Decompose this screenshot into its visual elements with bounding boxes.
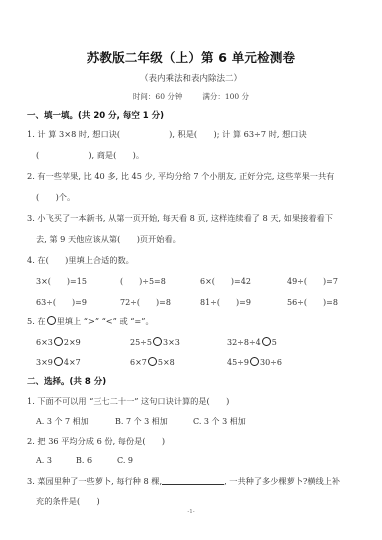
choice-q3-line2: 充的条件是( ): [36, 496, 100, 507]
right-expr: 3×3: [163, 338, 180, 347]
q4-cell: 3×( )=15: [36, 276, 87, 287]
left-expr: 45÷9: [227, 358, 249, 367]
choice-q3-line1: 3. 菜园里种了一些萝卜, 每行种 8 棵,, 一共种了多少棵萝卜?横线上补: [27, 476, 340, 487]
circle-icon: [47, 316, 56, 325]
right-expr: 5: [272, 338, 277, 347]
choice-q2-prompt: 2. 把 36 平均分成 6 份, 每份是( ): [27, 436, 165, 447]
section-heading-fill: 一、填一填。(共 20 分, 每空 1 分): [27, 109, 164, 121]
q1-line2: ( ), 商是( )。: [36, 150, 144, 161]
page-subtitle: （表内乘法和表内除法二）: [0, 72, 382, 84]
right-expr: 30÷6: [260, 358, 282, 367]
left-expr: 25÷5: [130, 338, 152, 347]
q5-prompt: 5. 在里填上 “>” “<” 或 “=”。: [27, 316, 154, 327]
choice-option[interactable]: B. 6: [76, 456, 92, 465]
right-expr: 4×7: [64, 358, 81, 367]
q5-compare-item: 32÷8÷45: [227, 337, 277, 347]
q5-compare-item: 3×94×7: [36, 357, 81, 367]
time-limit: 时间：60 分钟: [133, 92, 182, 101]
q4-cell: 81÷( )=9: [200, 297, 251, 308]
q4-cell: ( )÷5=8: [120, 276, 166, 287]
q1-line1: 1. 计 算 3×8 时, 想口诀( ), 积是( ); 计 算 63÷7 时,…: [27, 129, 307, 140]
answer-circle[interactable]: [54, 357, 63, 366]
q3-line2: 去, 第 9 天他应该从第( )页开始看。: [36, 234, 181, 245]
fill-blank-line[interactable]: [162, 477, 224, 485]
right-expr: 5×8: [158, 358, 175, 367]
q4-prompt: 4. 在( )里填上合适的数。: [27, 255, 134, 266]
exam-meta: 时间：60 分钟满分：100 分: [0, 91, 382, 102]
choice-q3-pre: 3. 菜园里种了一些萝卜, 每行种 8 棵,: [27, 476, 162, 486]
left-expr: 6×7: [130, 358, 147, 367]
choice-option[interactable]: A. 3 个 7 相加: [36, 416, 89, 427]
q5-compare-item: 6×75×8: [130, 357, 175, 367]
q5-prompt-post: 里填上 “>” “<” 或 “=”。: [57, 316, 154, 326]
left-expr: 32÷8÷4: [227, 338, 261, 347]
right-expr: 2×9: [64, 338, 81, 347]
answer-circle[interactable]: [54, 337, 63, 346]
q3-line1: 3. 小飞买了一本新书, 从第一页开始, 每天看 8 页, 这样连续看了 8 天…: [27, 213, 333, 224]
choice-option[interactable]: B. 7 个 3 相加: [115, 416, 168, 427]
page-title: 苏教版二年级（上）第 6 单元检测卷: [0, 48, 382, 66]
choice-q3-post: , 一共种了多少棵萝卜?横线上补: [224, 476, 340, 486]
choice-q1-prompt: 1. 下面不可以用 “三七二十一” 这句口诀计算的是( ): [27, 396, 229, 407]
q2-line2: ( )个。: [36, 192, 75, 203]
q4-cell: 72÷( )=8: [120, 297, 171, 308]
q4-cell: 56÷( )=8: [287, 297, 338, 308]
q2-line1: 2. 有一些苹果, 比 40 多, 比 45 少, 平均分给 7 个小朋友, 正…: [27, 171, 334, 182]
answer-circle[interactable]: [262, 337, 271, 346]
choice-option[interactable]: C. 9: [117, 456, 133, 465]
q4-cell: 6×( )=42: [200, 276, 251, 287]
choice-option[interactable]: A. 3: [36, 456, 52, 465]
left-expr: 3×9: [36, 358, 53, 367]
q5-prompt-pre: 5. 在: [27, 316, 46, 326]
q4-cell: 49÷( )=7: [287, 276, 338, 287]
q5-compare-item: 6×32×9: [36, 337, 81, 347]
answer-circle[interactable]: [148, 357, 157, 366]
section-heading-choice: 二、选择。(共 8 分): [27, 375, 106, 387]
left-expr: 6×3: [36, 338, 53, 347]
q5-compare-item: 45÷930÷6: [227, 357, 282, 367]
answer-circle[interactable]: [153, 337, 162, 346]
choice-option[interactable]: C. 3 个 3 相加: [193, 416, 246, 427]
answer-circle[interactable]: [250, 357, 259, 366]
page-number: -1-: [0, 509, 382, 515]
full-score: 满分：100 分: [202, 92, 249, 101]
q4-cell: 63÷( )=9: [36, 297, 87, 308]
q5-compare-item: 25÷53×3: [130, 337, 180, 347]
